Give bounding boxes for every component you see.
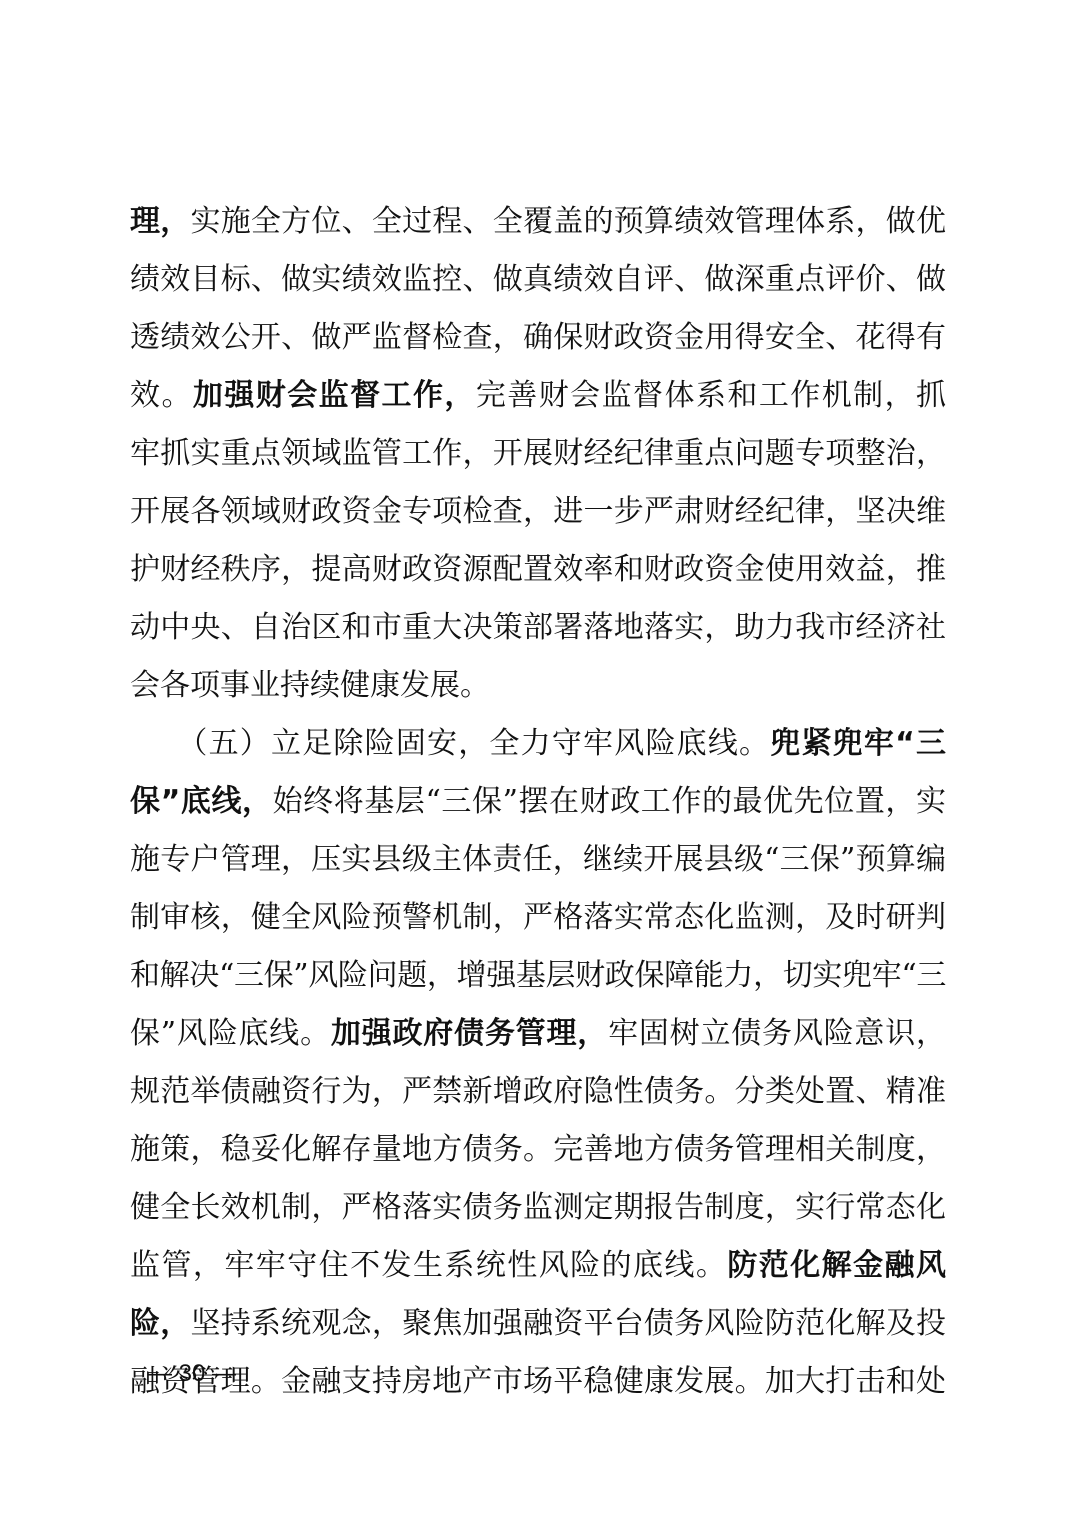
text-line: 开展各领域财政资金专项检查，进一步严肃财经纪律，坚决维	[130, 483, 946, 541]
body-text-segment: 牢抓实重点领域监管工作，开展财经纪律重点问题专项整治，	[130, 436, 946, 471]
body-text-segment: 融资管理。金融支持房地产市场平稳健康发展。加大打击和处	[130, 1364, 946, 1399]
text-line: 护财经秩序，提高财政资源配置效率和财政资金使用效益，推	[130, 541, 946, 599]
text-line: 保”风险底线。加强政府债务管理，牢固树立债务风险意识，	[130, 1005, 946, 1063]
page-number: — 30 —	[148, 1360, 236, 1388]
text-line: （五）立足除险固安，全力守牢风险底线。兜紧兜牢“三	[130, 715, 946, 773]
body-text-segment: 绩效目标、做实绩效监控、做真绩效自评、做深重点评价、做	[130, 262, 946, 297]
bold-heading-phrase: 保”底线，	[130, 784, 273, 819]
body-text-segment: 实施全方位、全过程、全覆盖的预算绩效管理体系，做优	[190, 204, 946, 239]
document-body: 理，实施全方位、全过程、全覆盖的预算绩效管理体系，做优绩效目标、做实绩效监控、做…	[130, 193, 946, 1411]
text-line: 保”底线，始终将基层“三保”摆在财政工作的最优先位置，实	[130, 773, 946, 831]
body-text-segment: 健全长效机制，严格落实债务监测定期报告制度，实行常态化	[130, 1190, 946, 1225]
text-line: 施专户管理，压实县级主体责任，继续开展县级“三保”预算编	[130, 831, 946, 889]
text-line: 效。加强财会监督工作，完善财会监督体系和工作机制，抓	[130, 367, 946, 425]
text-line: 透绩效公开、做严监督检查，确保财政资金用得安全、花得有	[130, 309, 946, 367]
body-text-segment: 施策，稳妥化解存量地方债务。完善地方债务管理相关制度，	[130, 1132, 946, 1167]
text-line: 牢抓实重点领域监管工作，开展财经纪律重点问题专项整治，	[130, 425, 946, 483]
body-text-segment: 和解决“三保”风险问题，增强基层财政保障能力，切实兜牢“三	[130, 958, 946, 993]
body-text-segment: 施专户管理，压实县级主体责任，继续开展县级“三保”预算编	[130, 842, 946, 877]
body-text-segment: 效。	[130, 378, 193, 413]
text-line: 监管，牢牢守住不发生系统性风险的底线。防范化解金融风	[130, 1237, 946, 1295]
text-line: 理，实施全方位、全过程、全覆盖的预算绩效管理体系，做优	[130, 193, 946, 251]
text-line: 会各项事业持续健康发展。	[130, 657, 946, 715]
bold-heading-phrase: 加强财会监督工作，	[193, 378, 476, 413]
body-text-segment: 护财经秩序，提高财政资源配置效率和财政资金使用效益，推	[130, 552, 946, 587]
body-text-segment: 监管，牢牢守住不发生系统性风险的底线。	[130, 1248, 727, 1283]
text-line: 绩效目标、做实绩效监控、做真绩效自评、做深重点评价、做	[130, 251, 946, 309]
body-text-segment: 规范举债融资行为，严禁新增政府隐性债务。分类处置、精准	[130, 1074, 946, 1109]
text-line: 和解决“三保”风险问题，增强基层财政保障能力，切实兜牢“三	[130, 947, 946, 1005]
text-line: 动中央、自治区和市重大决策部署落地落实，助力我市经济社	[130, 599, 946, 657]
text-line: 融资管理。金融支持房地产市场平稳健康发展。加大打击和处	[130, 1353, 946, 1411]
bold-heading-phrase: 加强政府债务管理，	[331, 1016, 608, 1051]
body-text-segment: 始终将基层“三保”摆在财政工作的最优先位置，实	[273, 784, 946, 819]
body-text-segment: 坚持系统观念，聚焦加强融资平台债务风险防范化解及投	[190, 1306, 946, 1341]
text-line: 规范举债融资行为，严禁新增政府隐性债务。分类处置、精准	[130, 1063, 946, 1121]
text-line: 险，坚持系统观念，聚焦加强融资平台债务风险防范化解及投	[130, 1295, 946, 1353]
bold-heading-phrase: 兜紧兜牢“三	[770, 726, 946, 761]
bold-heading-phrase: 防范化解金融风	[727, 1248, 946, 1283]
body-text-segment: 透绩效公开、做严监督检查，确保财政资金用得安全、花得有	[130, 320, 946, 355]
body-text-segment: 保”风险底线。	[130, 1016, 331, 1051]
text-line: 施策，稳妥化解存量地方债务。完善地方债务管理相关制度，	[130, 1121, 946, 1179]
text-line: 制审核，健全风险预警机制，严格落实常态化监测，及时研判	[130, 889, 946, 947]
body-text-segment: 开展各领域财政资金专项检查，进一步严肃财经纪律，坚决维	[130, 494, 946, 529]
body-text-segment: 动中央、自治区和市重大决策部署落地落实，助力我市经济社	[130, 610, 946, 645]
body-text-segment: 完善财会监督体系和工作机制，抓	[476, 378, 946, 413]
body-text-segment: （五）立足除险固安，全力守牢风险底线。	[130, 726, 770, 761]
bold-heading-phrase: 险，	[130, 1306, 190, 1341]
bold-heading-phrase: 理，	[130, 204, 190, 239]
text-line: 健全长效机制，严格落实债务监测定期报告制度，实行常态化	[130, 1179, 946, 1237]
body-text-segment: 会各项事业持续健康发展。	[130, 668, 490, 703]
body-text-segment: 牢固树立债务风险意识，	[608, 1016, 946, 1051]
document-page: 理，实施全方位、全过程、全覆盖的预算绩效管理体系，做优绩效目标、做实绩效监控、做…	[0, 0, 1074, 1520]
body-text-segment: 制审核，健全风险预警机制，严格落实常态化监测，及时研判	[130, 900, 946, 935]
